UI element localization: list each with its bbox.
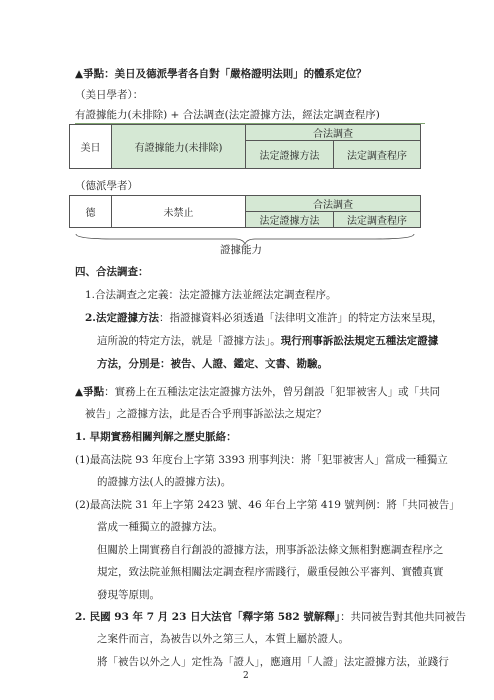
section4-item2: 2.法定證據方法：指證據資料必須透過「法律明文准許」的特定方法來呈現， (85, 311, 442, 325)
history-heading: 1. 早期實務相關判解之歷史脈絡： (75, 430, 237, 444)
us-jp-method: 法定證據方法 (246, 141, 334, 169)
history-p2-line2: 當成一種獨立的證據方法。 (97, 520, 223, 534)
formula: 有證據能力(未排除) + 合法調查(法定證據方法，經法定調查程序) (75, 108, 425, 124)
issue1-title: ▲爭點：美日及德派學者各自對「嚴格證明法則」的體系定位？ (75, 67, 367, 81)
us-jp-row-head: 美日 (70, 125, 112, 169)
history-p1-line2: 的證據方法(人的證據方法)。 (97, 475, 231, 489)
us-jp-ability-cell: 有證據能力(未排除) (112, 125, 246, 169)
item2-line2-text: 這所說的特定方法，就是「證據方法」。 (97, 335, 281, 347)
us-jp-table: 美日 有證據能力(未排除) 合法調查 法定證據方法 法定調查程序 (69, 124, 421, 169)
section4-heading: 四、合法調查： (75, 265, 149, 279)
de-legal-investigation: 合法調查 (246, 196, 421, 212)
history-p3-line2: 規定，致法院並無相關法定調查程序需踐行，嚴重侵蝕公平審判、實體真實 (97, 565, 444, 579)
history-p1-line1: (1)最高法院 93 年度台上字第 3393 刑事判決：將「犯罪被害人」當成一種… (75, 453, 448, 467)
de-procedure: 法定調查程序 (334, 212, 421, 228)
us-jp-label: （美日學者）： (75, 88, 143, 102)
interpretation-text: ：共同被告對其他共同被告 (340, 611, 466, 623)
item2-line2-bold: 現行刑事訴訟法規定五種法定證據 (281, 335, 439, 347)
de-ability-cell: 未禁止 (112, 196, 246, 228)
interpretation-line2: 之案件而言，為被告以外之第三人，本質上屬於證人。 (97, 632, 349, 646)
de-method: 法定證據方法 (246, 212, 334, 228)
interpretation-bold: 2. 民國 93 年 7 月 23 日大法官「釋字第 582 號解釋」 (75, 611, 340, 623)
section4-item2-line3: 方法，分別是：被告、人證、鑑定、文書、勘驗。 (97, 357, 328, 371)
history-p3-line1: 但關於上開實務自行創設的證據方法，刑事訴訟法條文無相對應調查程序之 (97, 543, 444, 557)
us-jp-legal-investigation: 合法調查 (246, 125, 421, 141)
item2-text: ：指證據資料必須透過「法律明文准許」的特定方法來呈現， (159, 312, 443, 324)
history-p2-line1: (2)最高法院 31 年上字第 2423 號、46 年台上字第 419 號判例：… (75, 498, 460, 512)
brace-label: 證據能力 (220, 243, 262, 257)
issue2-line1: ▲爭點：實務上在五種法定法定證據方法外，曾另創設「犯罪被害人」或「共同 (75, 385, 440, 399)
de-row-head: 德 (70, 196, 112, 228)
issue2-line2: 被告」之證據方法，此是否合乎刑事訴訟法之規定？ (85, 407, 327, 421)
section4-item2-line2: 這所說的特定方法，就是「證據方法」。現行刑事訴訟法規定五種法定證據 (97, 334, 438, 348)
document-page: ▲爭點：美日及德派學者各自對「嚴格證明法則」的體系定位？ （美日學者）： 有證據… (0, 0, 494, 700)
issue2-marker: ▲爭點 (75, 386, 104, 398)
issue2-text: ：實務上在五種法定法定證據方法外，曾另創設「犯罪被害人」或「共同 (104, 386, 440, 398)
interpretation-heading: 2. 民國 93 年 7 月 23 日大法官「釋字第 582 號解釋」：共同被告… (75, 610, 466, 624)
history-p3-line3: 發現等原則。 (97, 588, 160, 602)
interpretation-line3: 將「被告以外之人」定性為「證人」，應適用「人證」法定證據方法，並踐行 (97, 655, 449, 669)
item2-bold: 2.法定證據方法 (85, 312, 159, 324)
page-number: 2 (243, 671, 249, 681)
german-table: 德 未禁止 合法調查 法定證據方法 法定調查程序 (69, 195, 421, 228)
us-jp-procedure: 法定調查程序 (334, 141, 421, 169)
section4-item1: 1.合法調查之定義：法定證據方法並經法定調查程序。 (85, 288, 337, 302)
german-label: （德派學者） (75, 179, 138, 193)
